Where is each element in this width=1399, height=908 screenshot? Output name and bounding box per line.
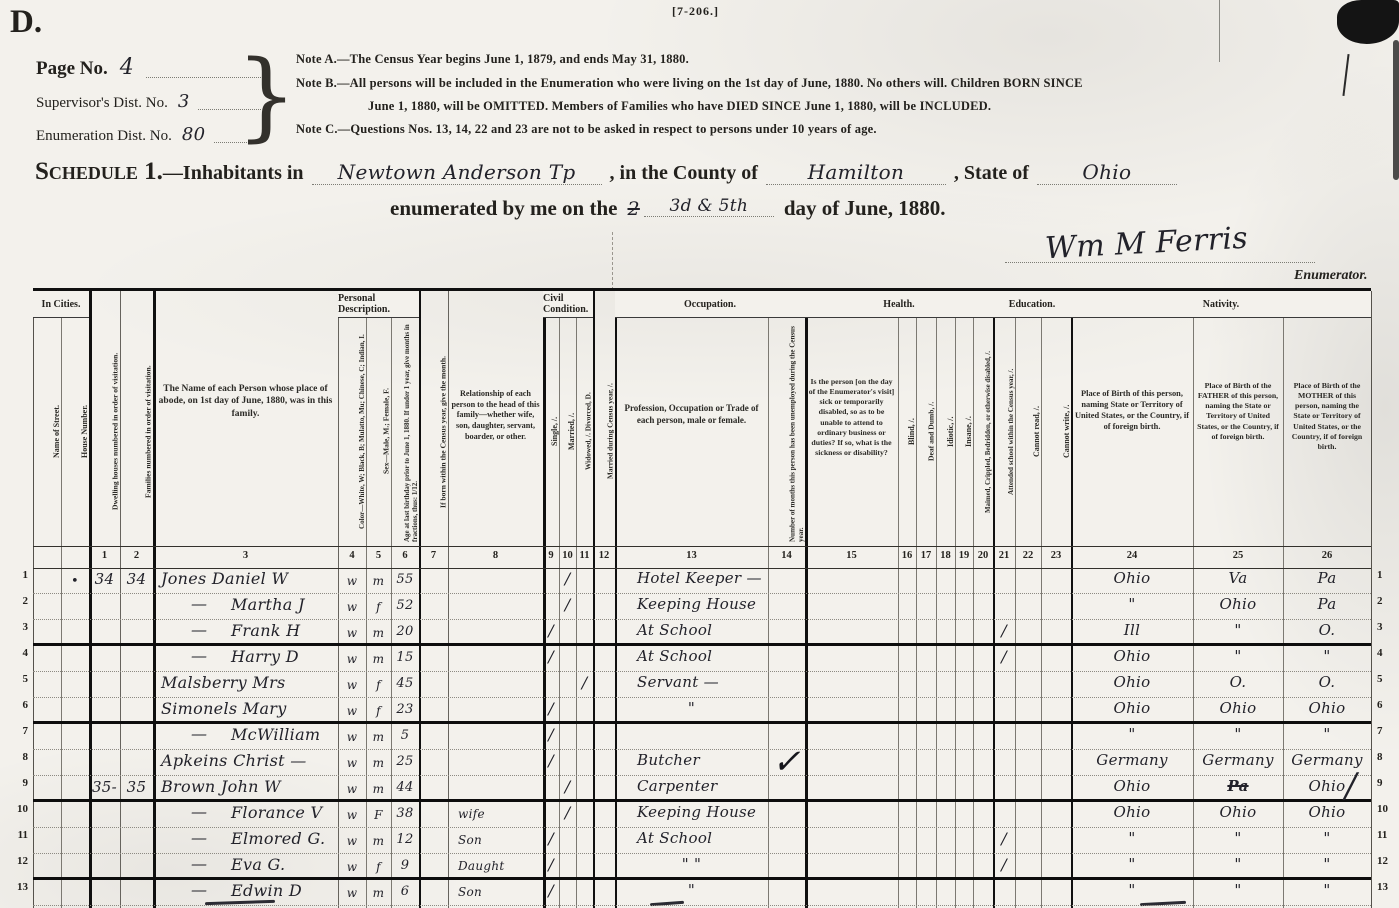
cell-name-dash: — xyxy=(191,724,207,743)
col-header-c1: Dwelling houses numbered in order of vis… xyxy=(89,321,120,542)
cell-age: 45 xyxy=(391,676,419,691)
cell-pob: " xyxy=(1071,829,1193,847)
cell-father: " xyxy=(1193,829,1283,847)
column-number-10: 10 xyxy=(559,550,576,561)
fold-line xyxy=(612,232,614,290)
col-header-c2: Families numbered in order of visitation… xyxy=(120,321,153,542)
header-rule xyxy=(33,546,1371,547)
cell-mother: " xyxy=(1283,881,1371,899)
cell-color: w xyxy=(338,730,366,744)
col-header-street: Name of Street. xyxy=(33,321,61,542)
cell-name-dash: — xyxy=(191,828,207,847)
cell-father: Pa xyxy=(1193,777,1283,795)
cell-occ: At School xyxy=(637,647,712,665)
enumerated-prefix: enumerated by me on the xyxy=(390,196,617,220)
cell-mother: O. xyxy=(1283,621,1371,639)
cell-name: Harry D xyxy=(231,647,299,666)
cell-occ: At School xyxy=(637,829,712,847)
row-number-right: 13 xyxy=(1377,881,1397,893)
col-header-c19: Insane, /. xyxy=(955,321,973,542)
cell-sex: m xyxy=(366,756,391,770)
row-number-right: 2 xyxy=(1377,595,1397,607)
cell-name: Malsberry Mrs xyxy=(161,673,286,692)
cell-married: / xyxy=(559,777,576,796)
cell-school: / xyxy=(993,621,1015,640)
column-number-1: 1 xyxy=(89,550,120,561)
table-row: —McWilliamwm5/""" xyxy=(33,724,1371,750)
column-number-7: 7 xyxy=(419,550,448,561)
enumeration-dist-label: Enumeration Dist. No. xyxy=(36,128,172,144)
cell-name: Edwin D xyxy=(231,881,302,900)
cell-age: 12 xyxy=(391,832,419,847)
cell-married: / xyxy=(559,569,576,588)
column-number-19: 19 xyxy=(955,550,973,561)
column-number-11: 11 xyxy=(576,550,593,561)
table-row: —Harry Dwm15/At School/Ohio"" xyxy=(33,646,1371,672)
cell-occ: Carpenter xyxy=(637,777,718,795)
signature-line xyxy=(1005,262,1315,263)
column-number-5: 5 xyxy=(366,550,391,561)
row-number-left: 8 xyxy=(6,751,28,763)
page-no-label: Page No. xyxy=(36,58,108,79)
cell-father: " xyxy=(1193,725,1283,743)
cell-pob: Ohio xyxy=(1071,699,1193,717)
group-header-in-cities: In Cities. xyxy=(33,291,89,318)
cell-name: Simonels Mary xyxy=(161,699,287,718)
row-number-right: 11 xyxy=(1377,829,1397,841)
col-header-c26: Place of Birth of the MOTHER of this per… xyxy=(1286,381,1368,452)
row-number-left: 4 xyxy=(6,647,28,659)
cell-single: / xyxy=(543,621,559,640)
day-value: 3d & 5th xyxy=(644,196,774,217)
cell-sex: m xyxy=(366,652,391,666)
row-number-right: 1 xyxy=(1377,569,1397,581)
table-row: Malsberry Mrswf45/Servant —OhioO.O. xyxy=(33,672,1371,698)
cell-name-dash: — xyxy=(191,880,207,899)
group-label: Civil Condition. xyxy=(543,293,593,315)
cell-widowed: / xyxy=(576,673,593,692)
cell-name-dash: — xyxy=(191,802,207,821)
cell-color: w xyxy=(338,574,366,588)
ink-blotch-top-right xyxy=(1337,0,1399,44)
row-number-left: 3 xyxy=(6,621,28,633)
col-header-c20: Maimed, Crippled, Bedridden, or otherwis… xyxy=(973,321,993,542)
enumerator-signature: Wm M Ferris xyxy=(1044,221,1249,267)
col-header-c15: Is the person [on the day of the Enumera… xyxy=(808,377,895,458)
cell-name: Elmored G. xyxy=(231,829,325,848)
column-number-3: 3 xyxy=(153,550,338,561)
column-number-6: 6 xyxy=(391,550,419,561)
schedule-heading: Schedule 1.—Inhabitants in Newtown Ander… xyxy=(35,158,1375,192)
cell-age: 23 xyxy=(391,702,419,717)
table-row: Simonels Marywf23/"OhioOhioOhio xyxy=(33,698,1371,724)
row-number-left: 12 xyxy=(6,855,28,867)
note-b-line2: June 1, 1880, will be OMITTED. Members o… xyxy=(368,99,991,114)
cell-color: w xyxy=(338,756,366,770)
schedule-title: Schedule 1. xyxy=(35,158,163,185)
row-number-left: 1 xyxy=(6,569,28,581)
column-number-21: 21 xyxy=(993,550,1015,561)
cell-father: Ohio xyxy=(1193,699,1283,717)
cell-father: Ohio xyxy=(1193,803,1283,821)
row-number-right: 6 xyxy=(1377,699,1397,711)
cell-mother: " xyxy=(1283,725,1371,743)
cell-color: w xyxy=(338,678,366,692)
row-number-right: 9 xyxy=(1377,777,1397,789)
cell-dwelling: 35- xyxy=(89,778,120,796)
row-number-left: 9 xyxy=(6,777,28,789)
cell-mother: " xyxy=(1283,855,1371,873)
cell-age: 38 xyxy=(391,806,419,821)
cell-mother: Ohio xyxy=(1283,777,1371,795)
cell-name: Jones Daniel W xyxy=(161,569,288,588)
col-header-c16: Blind, /. xyxy=(898,321,916,542)
county-label: , in the County of xyxy=(610,162,758,184)
cell-pob: Germany xyxy=(1071,751,1193,769)
cell-mother: Germany xyxy=(1283,751,1371,769)
table-row: —Eva G.wf9Daught/" "/""" xyxy=(33,854,1371,880)
col-header-c14: Number of months this person has been un… xyxy=(768,321,805,542)
column-number-8: 8 xyxy=(448,550,543,561)
cell-father: Germany xyxy=(1193,751,1283,769)
cell-occ: At School xyxy=(637,621,712,639)
cell-father: Ohio xyxy=(1193,595,1283,613)
cell-color: w xyxy=(338,652,366,666)
cell-name-dash: — xyxy=(191,854,207,873)
col-header-c4: Color—White, W; Black, B; Mulatto, Mu; C… xyxy=(338,321,366,542)
group-header-health: Health. xyxy=(805,291,993,318)
table-row: Apkeins Christ —wm25/Butcher✓GermanyGerm… xyxy=(33,750,1371,776)
enumerated-line: enumerated by me on the 2 3d & 5th day o… xyxy=(390,196,945,228)
row-number-left: 11 xyxy=(6,829,28,841)
cell-sex: f xyxy=(366,860,391,874)
cell-name: Brown John W xyxy=(161,777,281,796)
cell-name-dash: — xyxy=(191,620,207,639)
table-row: —Florance VwF38wife/Keeping HouseOhioOhi… xyxy=(33,802,1371,828)
cell-occ: Servant — xyxy=(637,673,719,691)
col-header-c21: Attended school within the Census year, … xyxy=(993,321,1015,542)
cell-name: Florance V xyxy=(231,803,322,822)
col-header-c8: Relationship of each person to the head … xyxy=(451,389,540,442)
cell-married: / xyxy=(559,595,576,614)
group-header-occupation: Occupation. xyxy=(615,291,805,318)
group-label: Education. xyxy=(1009,299,1055,310)
district-block: Page No. 4 Supervisor's Dist. No. 3 Enum… xyxy=(36,55,266,157)
cell-father: " xyxy=(1193,881,1283,899)
table-row: •3434Jones Daniel Wwm55/Hotel Keeper —Oh… xyxy=(33,568,1371,594)
group-header-nativity: Nativity. xyxy=(1071,291,1371,318)
cell-age: 6 xyxy=(391,884,419,899)
cell-name: Eva G. xyxy=(231,855,285,874)
cell-sex: m xyxy=(366,782,391,796)
scan-line-artifact xyxy=(1219,0,1220,62)
curly-brace: } xyxy=(236,40,297,152)
cell-color: w xyxy=(338,704,366,718)
scan-stroke-artifact xyxy=(1342,54,1349,96)
cell-pob: Ohio xyxy=(1071,673,1193,691)
table-row: —Martha Jwf52/Keeping House"OhioPa xyxy=(33,594,1371,620)
cell-sex: f xyxy=(366,678,391,692)
cell-pob: Ohio xyxy=(1071,647,1193,665)
cell-father: " xyxy=(1193,855,1283,873)
column-number-16: 16 xyxy=(898,550,916,561)
form-number: [7-206.] xyxy=(672,4,719,19)
group-label: Nativity. xyxy=(1203,299,1239,310)
col-header-c17: Deaf and Dumb, /. xyxy=(916,321,936,542)
cell-sex: m xyxy=(366,834,391,848)
cell-mother: Ohio xyxy=(1283,699,1371,717)
row-number-right: 5 xyxy=(1377,673,1397,685)
note-c: Note C.—Questions Nos. 13, 14, 22 and 23… xyxy=(296,122,877,137)
cell-color: w xyxy=(338,600,366,614)
census-table: In Cities.Personal Description.Civil Con… xyxy=(33,288,1371,908)
cell-name: Martha J xyxy=(231,595,305,614)
table-row: —Edwin Dwm6Son/"""" xyxy=(33,880,1371,906)
column-rule xyxy=(1371,291,1372,908)
column-number-26: 26 xyxy=(1283,550,1371,561)
cell-sex: m xyxy=(366,886,391,900)
cell-age: 9 xyxy=(391,858,419,873)
cell-father: " xyxy=(1193,647,1283,665)
cell-pob: Ohio xyxy=(1071,803,1193,821)
cell-occ: Hotel Keeper — xyxy=(637,569,762,587)
cell-name: Frank H xyxy=(231,621,300,640)
cell-single: / xyxy=(543,751,559,770)
group-label: Personal Description. xyxy=(338,293,419,315)
group-header-personal: Personal Description. xyxy=(338,291,419,318)
cell-single: / xyxy=(543,881,559,900)
note-b-line1: Note B.—All persons will be included in … xyxy=(296,76,1083,91)
column-number-23: 23 xyxy=(1041,550,1071,561)
cell-mother: Pa xyxy=(1283,595,1371,613)
cell-single: / xyxy=(543,699,559,718)
row-number-left: 5 xyxy=(6,673,28,685)
cell-sex: m xyxy=(366,574,391,588)
row-number-left: 2 xyxy=(6,595,28,607)
cell-color: w xyxy=(338,834,366,848)
scan-edge-streak xyxy=(1393,40,1399,180)
cell-sex: f xyxy=(366,600,391,614)
column-number-20: 20 xyxy=(973,550,993,561)
cell-occ: " xyxy=(615,881,768,899)
column-number-14: 14 xyxy=(768,550,805,561)
cell-pob: " xyxy=(1071,881,1193,899)
cell-occ: Keeping House xyxy=(637,595,756,613)
cell-school: / xyxy=(993,647,1015,666)
table-row: —Frank Hwm20/At School/Ill"O. xyxy=(33,620,1371,646)
state-value: Ohio xyxy=(1037,160,1177,185)
col-header-c7: If born within the Census year, give the… xyxy=(419,321,448,542)
col-header-c25: Place of Birth of the FATHER of this per… xyxy=(1196,381,1280,442)
place-value: Newtown Anderson Tp xyxy=(312,160,602,185)
table-row: 35-35Brown John Wwm44/CarpenterOhioPaOhi… xyxy=(33,776,1371,802)
cell-single: / xyxy=(543,647,559,666)
col-header-c10: Married, /. xyxy=(559,321,576,542)
supervisor-dist-value: 3 xyxy=(178,91,190,112)
col-header-c5: Sex—Male, M.; Female, F. xyxy=(366,321,391,542)
cell-age: 44 xyxy=(391,780,419,795)
group-label: Health. xyxy=(883,299,914,310)
cell-father: Va xyxy=(1193,569,1283,587)
schedule-lead: —Inhabitants in xyxy=(163,162,304,184)
cell-rel: Son xyxy=(448,833,553,847)
row-number-right: 8 xyxy=(1377,751,1397,763)
cell-name: Apkeins Christ — xyxy=(161,751,307,770)
column-number-17: 17 xyxy=(916,550,936,561)
column-number-18: 18 xyxy=(936,550,955,561)
col-header-c11: Widowed, /. Divorced, D. xyxy=(576,321,593,542)
cell-age: 55 xyxy=(391,572,419,587)
cell-rel: Son xyxy=(448,885,553,899)
col-header-c22: Cannot read, /. xyxy=(1015,321,1041,542)
cell-name-dash: — xyxy=(191,646,207,665)
column-number-25: 25 xyxy=(1193,550,1283,561)
cell-pob: " xyxy=(1071,855,1193,873)
column-number-15: 15 xyxy=(805,550,898,561)
cell-single: / xyxy=(543,725,559,744)
group-header-civil: Civil Condition. xyxy=(543,291,593,318)
col-header-c18: Idiotic, /. xyxy=(936,321,955,542)
row-number-right: 7 xyxy=(1377,725,1397,737)
page-no-value: 4 xyxy=(120,55,134,80)
row-number-right: 4 xyxy=(1377,647,1397,659)
col-header-c6: Age at last birthday prior to June 1, 18… xyxy=(391,321,419,542)
cell-occ: Keeping House xyxy=(637,803,756,821)
county-value: Hamilton xyxy=(766,160,946,185)
cell-age: 15 xyxy=(391,650,419,665)
cell-color: w xyxy=(338,860,366,874)
cell-color: w xyxy=(338,808,366,822)
corner-letter: D. xyxy=(10,4,42,41)
cell-family: 34 xyxy=(120,570,153,588)
cell-color: w xyxy=(338,626,366,640)
cell-father: O. xyxy=(1193,673,1283,691)
enumeration-dist-value: 80 xyxy=(182,124,206,145)
group-header-education: Education. xyxy=(993,291,1071,318)
note-a: Note A.—The Census Year begins June 1, 1… xyxy=(296,52,689,67)
cell-sex: f xyxy=(366,704,391,718)
census-scan-page: D. [7-206.] Page No. 4 Supervisor's Dist… xyxy=(0,0,1399,908)
table-row: —Elmored G.wm12Son/At School/""" xyxy=(33,828,1371,854)
row-number-right: 10 xyxy=(1377,803,1397,815)
cell-occ: " xyxy=(615,699,768,717)
cell-father: " xyxy=(1193,621,1283,639)
cell-mother: " xyxy=(1283,647,1371,665)
state-label: , State of xyxy=(954,162,1029,184)
column-number-24: 24 xyxy=(1071,550,1193,561)
cell-age: 25 xyxy=(391,754,419,769)
row-number-left: 6 xyxy=(6,699,28,711)
cell-occ: Butcher xyxy=(637,751,700,769)
cell-mother: O. xyxy=(1283,673,1371,691)
cell-sex: m xyxy=(366,626,391,640)
cell-rel: Daught xyxy=(448,859,553,873)
col-header-c24: Place of Birth of this person, naming St… xyxy=(1074,389,1190,433)
cell-single: / xyxy=(543,829,559,848)
column-number-4: 4 xyxy=(338,550,366,561)
cell-name: McWilliam xyxy=(231,725,320,744)
day-struck: 2 xyxy=(627,198,639,220)
cell-pob: " xyxy=(1071,725,1193,743)
cell-married: / xyxy=(559,803,576,822)
col-header-house: House Number. xyxy=(61,321,89,542)
col-header-c23: Cannot write, /. xyxy=(1041,321,1071,542)
cell-mother: Pa xyxy=(1283,569,1371,587)
column-number-22: 22 xyxy=(1015,550,1041,561)
cell-occ: " " xyxy=(615,855,768,873)
col-header-c9: Single, /. xyxy=(543,321,559,542)
cell-school: / xyxy=(993,829,1015,848)
cell-color: w xyxy=(338,886,366,900)
cell-pob: Ohio xyxy=(1071,777,1193,795)
cell-age: 20 xyxy=(391,624,419,639)
cell-family: 35 xyxy=(120,778,153,796)
cell-color: w xyxy=(338,782,366,796)
col-header-c3: The Name of each Person whose place of a… xyxy=(156,383,335,420)
cell-school: / xyxy=(993,855,1015,874)
column-number-12: 12 xyxy=(593,550,615,561)
cell-pob: " xyxy=(1071,595,1193,613)
row-number-left: 7 xyxy=(6,725,28,737)
row-number-right: 12 xyxy=(1377,855,1397,867)
supervisor-dist-label: Supervisor's Dist. No. xyxy=(36,95,168,111)
column-number-13: 13 xyxy=(615,550,768,561)
cell-mother: Ohio xyxy=(1283,803,1371,821)
cell-name-dash: — xyxy=(191,594,207,613)
row-number-left: 13 xyxy=(6,881,28,893)
cell-single: / xyxy=(543,855,559,874)
cell-house: • xyxy=(61,574,89,589)
enumerator-role-label: Enumerator. xyxy=(1294,268,1368,284)
cell-mother: " xyxy=(1283,829,1371,847)
column-number-2: 2 xyxy=(120,550,153,561)
group-label: In Cities. xyxy=(42,299,81,310)
cell-sex: m xyxy=(366,730,391,744)
cell-sex: F xyxy=(366,808,391,822)
col-header-c13: Profession, Occupation or Trade of each … xyxy=(618,403,765,426)
cell-mother-slash: ∕ xyxy=(1345,766,1357,806)
enumerated-suffix: day of June, 1880. xyxy=(784,196,946,220)
row-number-left: 10 xyxy=(6,803,28,815)
cell-age: 5 xyxy=(391,728,419,743)
cell-dwelling: 34 xyxy=(89,570,120,588)
row-number-right: 3 xyxy=(1377,621,1397,633)
group-label: Occupation. xyxy=(684,299,736,310)
cell-age: 52 xyxy=(391,598,419,613)
col-header-c12: Married during Census year, /. xyxy=(593,321,615,542)
cell-pob: Ill xyxy=(1071,621,1193,639)
cell-pob: Ohio xyxy=(1071,569,1193,587)
cell-rel: wife xyxy=(448,807,553,821)
column-number-9: 9 xyxy=(543,550,559,561)
